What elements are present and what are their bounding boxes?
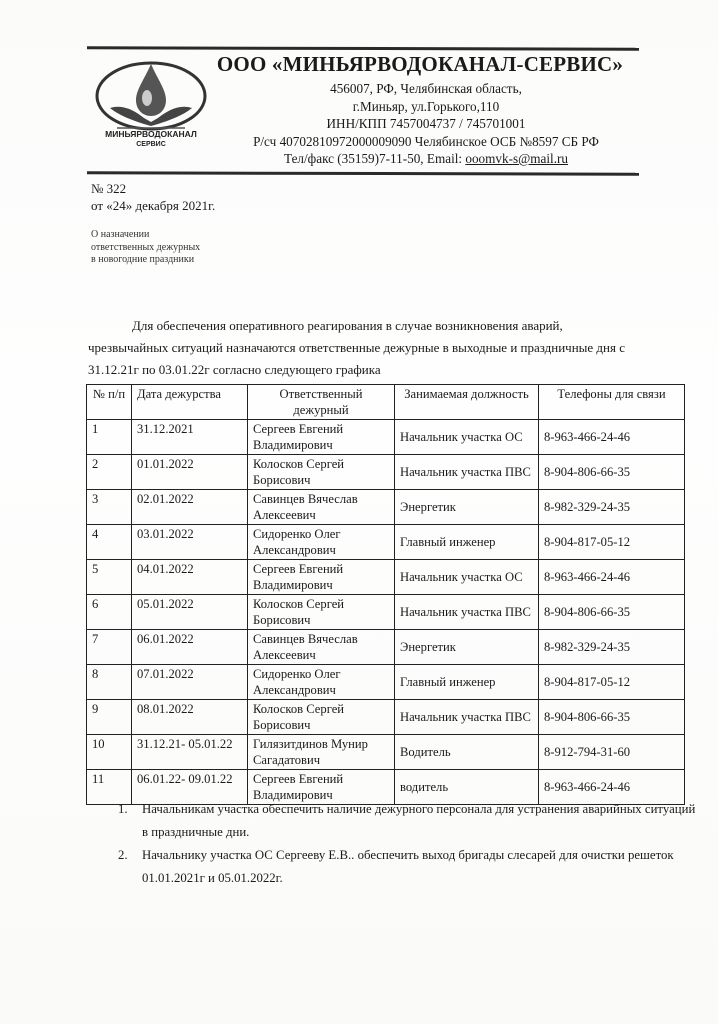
document-subject: О назначении ответственных дежурных в но… (91, 229, 200, 267)
table-row: 302.01.2022Савинцев Вячеслав АлексеевичЭ… (87, 490, 685, 525)
bank-account: Р/сч 40702810972000009090 Челябинское ОС… (216, 133, 636, 151)
cell-name: Сергеев Евгений Владимирович (248, 420, 395, 455)
cell-name: Гилязитдинов Мунир Сагадатович (248, 735, 395, 770)
table-row: 908.01.2022Колосков Сергей БорисовичНача… (87, 700, 685, 735)
cell-number: 4 (87, 525, 132, 560)
cell-position: Энергетик (395, 490, 539, 525)
cell-date: 02.01.2022 (132, 490, 248, 525)
contact-line: Тел/факс (35159)7-11-50, Email: ooomvk-s… (216, 150, 636, 168)
order-item: 2.Начальнику участка ОС Сергееву Е.В.. о… (118, 844, 698, 890)
table-row: 131.12.2021Сергеев Евгений ВладимировичН… (87, 420, 685, 455)
document-number-block: № 322 от «24» декабря 2021г. (91, 180, 215, 214)
cell-date: 06.01.2022 (132, 630, 248, 665)
table-row: 1031.12.21- 05.01.22Гилязитдинов Мунир С… (87, 735, 685, 770)
cell-phone: 8-982-329-24-35 (539, 630, 685, 665)
order-text: Начальнику участка ОС Сергееву Е.В.. обе… (142, 848, 674, 885)
cell-number: 9 (87, 700, 132, 735)
header-top-rule (87, 46, 639, 50)
column-header-phone: Телефоны для связи (539, 385, 685, 420)
orders-list: 1.Начальникам участка обеспечить наличие… (118, 798, 698, 890)
column-header-number: № п/п (87, 385, 132, 420)
cell-date: 31.12.2021 (132, 420, 248, 455)
cell-phone: 8-904-806-66-35 (539, 595, 685, 630)
order-number: 2. (118, 844, 128, 867)
cell-date: 03.01.2022 (132, 525, 248, 560)
address-line-1: 456007, РФ, Челябинская область, (216, 80, 636, 98)
cell-phone: 8-982-329-24-35 (539, 490, 685, 525)
column-header-date: Дата дежурства (132, 385, 248, 420)
cell-date: 04.01.2022 (132, 560, 248, 595)
cell-phone: 8-904-806-66-35 (539, 700, 685, 735)
cell-number: 10 (87, 735, 132, 770)
intro-line: Для обеспечения оперативного реагировани… (88, 315, 668, 337)
cell-date: 07.01.2022 (132, 665, 248, 700)
document-date: от «24» декабря 2021г. (91, 197, 215, 214)
table-header-row: № п/п Дата дежурства Ответственный дежур… (87, 385, 685, 420)
address-line-2: г.Миньяр, ул.Горького,110 (216, 98, 636, 116)
cell-position: Водитель (395, 735, 539, 770)
company-name: ООО «МИНЬЯРВОДОКАНАЛ-СЕРВИС» (210, 52, 630, 77)
cell-name: Савинцев Вячеслав Алексеевич (248, 630, 395, 665)
cell-number: 7 (87, 630, 132, 665)
cell-position: Энергетик (395, 630, 539, 665)
cell-date: 08.01.2022 (132, 700, 248, 735)
header-bottom-rule (87, 171, 639, 175)
subject-line: ответственных дежурных (91, 242, 200, 255)
cell-number: 2 (87, 455, 132, 490)
cell-phone: 8-963-466-24-46 (539, 420, 685, 455)
cell-position: Главный инженер (395, 525, 539, 560)
cell-number: 3 (87, 490, 132, 525)
order-text: Начальникам участка обеспечить наличие д… (142, 802, 695, 839)
svg-text:СЕРВИС: СЕРВИС (136, 141, 166, 148)
phone-fax: Тел/факс (35159)7-11-50, Email: (284, 151, 465, 166)
cell-position: Начальник участка ОС (395, 420, 539, 455)
company-logo-icon: МИНЬЯРВОДОКАНАЛ СЕРВИС (92, 58, 210, 148)
inn-kpp: ИНН/КПП 7457004737 / 745701001 (216, 115, 636, 133)
cell-date: 05.01.2022 (132, 595, 248, 630)
cell-number: 1 (87, 420, 132, 455)
company-details: 456007, РФ, Челябинская область, г.Минья… (216, 80, 636, 168)
cell-name: Колосков Сергей Борисович (248, 455, 395, 490)
column-header-name: Ответственный дежурный (248, 385, 395, 420)
cell-phone: 8-904-817-05-12 (539, 665, 685, 700)
intro-line: чрезвычайных ситуаций назначаются ответс… (88, 337, 668, 359)
table-row: 706.01.2022Савинцев Вячеслав АлексеевичЭ… (87, 630, 685, 665)
cell-phone: 8-904-817-05-12 (539, 525, 685, 560)
table-row: 504.01.2022Сергеев Евгений ВладимировичН… (87, 560, 685, 595)
cell-name: Савинцев Вячеслав Алексеевич (248, 490, 395, 525)
cell-date: 31.12.21- 05.01.22 (132, 735, 248, 770)
intro-paragraph: Для обеспечения оперативного реагировани… (88, 315, 668, 381)
cell-phone: 8-912-794-31-60 (539, 735, 685, 770)
intro-line: 31.12.21г по 03.01.22г согласно следующе… (88, 359, 668, 381)
cell-position: Начальник участка ПВС (395, 595, 539, 630)
document-number: № 322 (91, 180, 215, 197)
cell-phone: 8-963-466-24-46 (539, 560, 685, 595)
cell-phone: 8-904-806-66-35 (539, 455, 685, 490)
scanned-page: МИНЬЯРВОДОКАНАЛ СЕРВИС ООО «МИНЬЯРВОДОКА… (0, 0, 718, 1024)
cell-name: Сидоренко Олег Александрович (248, 665, 395, 700)
svg-text:МИНЬЯРВОДОКАНАЛ: МИНЬЯРВОДОКАНАЛ (105, 129, 197, 139)
cell-name: Сергеев Евгений Владимирович (248, 560, 395, 595)
table-row: 605.01.2022Колосков Сергей БорисовичНача… (87, 595, 685, 630)
cell-name: Колосков Сергей Борисович (248, 595, 395, 630)
cell-number: 5 (87, 560, 132, 595)
cell-name: Колосков Сергей Борисович (248, 700, 395, 735)
cell-position: Начальник участка ОС (395, 560, 539, 595)
cell-number: 6 (87, 595, 132, 630)
cell-name: Сидоренко Олег Александрович (248, 525, 395, 560)
subject-line: в новогодние праздники (91, 254, 200, 267)
column-header-position: Занимаемая должность (395, 385, 539, 420)
table-row: 403.01.2022Сидоренко Олег АлександровичГ… (87, 525, 685, 560)
cell-date: 01.01.2022 (132, 455, 248, 490)
table-row: 807.01.2022Сидоренко Олег АлександровичГ… (87, 665, 685, 700)
order-item: 1.Начальникам участка обеспечить наличие… (118, 798, 698, 844)
cell-position: Начальник участка ПВС (395, 700, 539, 735)
subject-line: О назначении (91, 229, 200, 242)
email-link[interactable]: ooomvk-s@mail.ru (465, 151, 568, 166)
cell-position: Начальник участка ПВС (395, 455, 539, 490)
cell-position: Главный инженер (395, 665, 539, 700)
cell-number: 8 (87, 665, 132, 700)
order-number: 1. (118, 798, 128, 821)
duty-schedule-table: № п/п Дата дежурства Ответственный дежур… (86, 384, 685, 805)
table-row: 201.01.2022Колосков Сергей БорисовичНача… (87, 455, 685, 490)
